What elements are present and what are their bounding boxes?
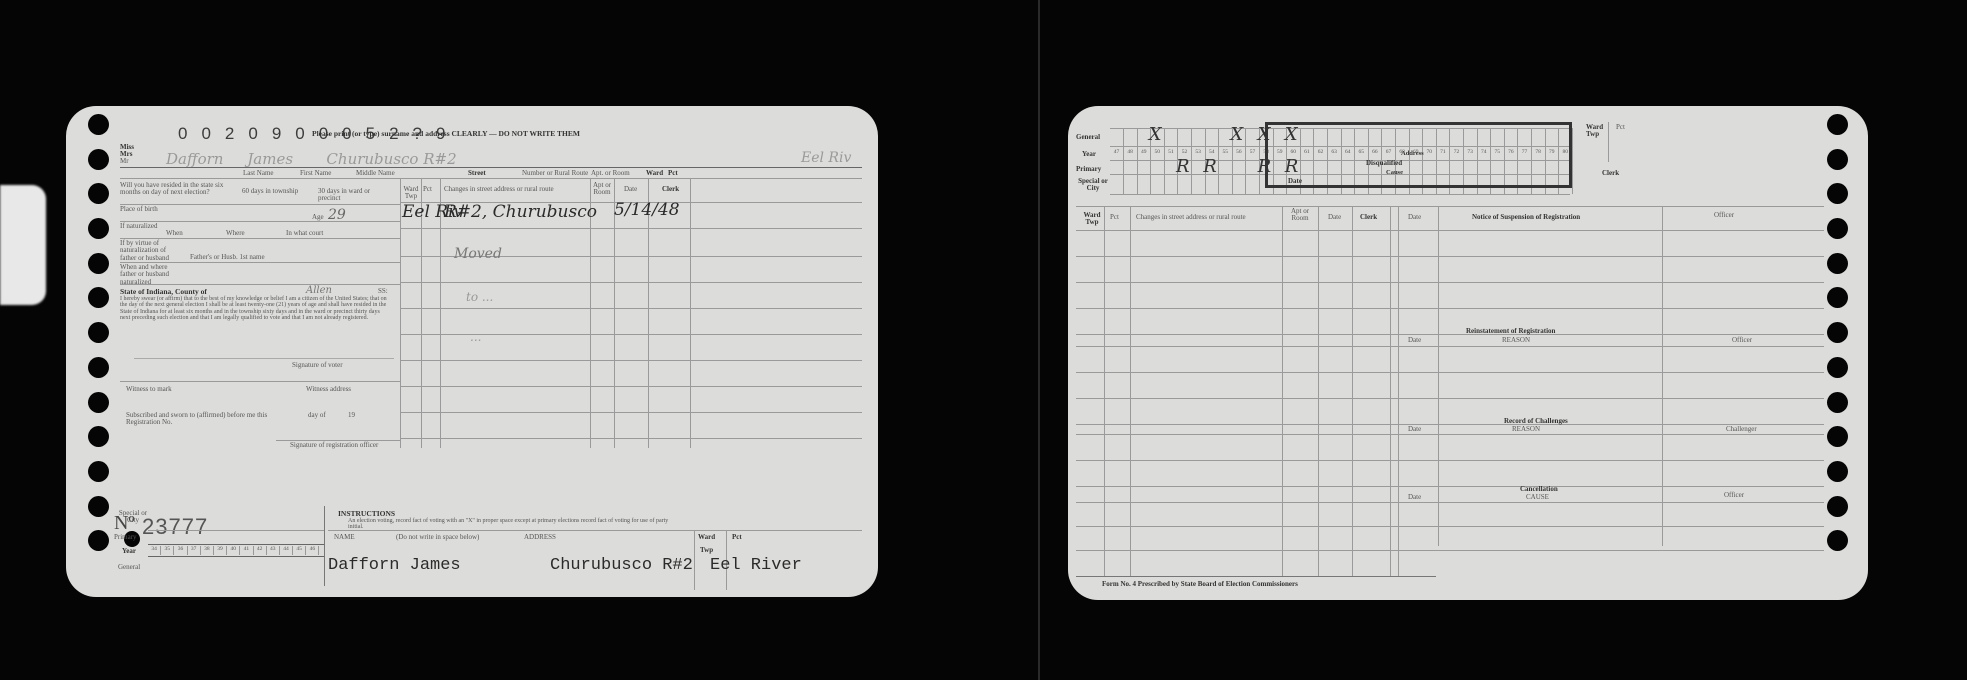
cancellation-col-cause: CAUSE (1526, 494, 1549, 501)
punch-hole (88, 496, 109, 517)
year-cell: 36 (174, 546, 187, 555)
row-primary: Primary (114, 534, 137, 541)
address-sublabel: Address (1401, 151, 1424, 158)
punch-hole (88, 322, 109, 343)
back-col-pct: Pct (1110, 214, 1119, 221)
number-label: Number or Rural Route (522, 170, 588, 177)
county-value: Allen (306, 285, 332, 296)
vote-mark: X (1258, 124, 1271, 145)
pct-label: Pct (668, 170, 678, 177)
year-cell: 40 (227, 546, 240, 555)
punch-hole (1827, 322, 1848, 343)
challenges-col-date: Date (1408, 426, 1421, 433)
residency-question: Will you have resided in the state six m… (120, 182, 232, 197)
witness-address-label: Witness address (306, 386, 351, 393)
suspension-col-date: Date (1408, 214, 1421, 221)
name-label: NAME (334, 534, 355, 541)
date-sublabel: Date (1288, 178, 1302, 185)
punch-hole (1827, 287, 1848, 308)
back-clerk-label: Clerk (1602, 170, 1619, 177)
place-of-birth-label: Place of birth (120, 206, 160, 213)
bottom-ward-label: Ward (698, 534, 715, 541)
court-label: In what court (286, 230, 323, 237)
year-cell: 37 (188, 546, 201, 555)
reinstatement-col-officer: Officer (1732, 337, 1752, 344)
street-label: Street (468, 170, 486, 177)
year-cell: 46 (306, 546, 319, 555)
when-where-label: When and where father or husband natural… (120, 264, 184, 286)
handwritten-surname: Dafforn James Churubusco R#2 (166, 150, 457, 168)
note-line-3: ... (470, 330, 481, 344)
year-cell: 41 (240, 546, 253, 555)
oath-text: I hereby swear (or affirm) that to the b… (120, 296, 390, 321)
vote-mark: R (1258, 156, 1272, 177)
page-divider (1038, 0, 1040, 680)
registration-card-front: 0020900052?9 Please print (or type) surn… (66, 106, 878, 597)
reinstatement-col-date: Date (1408, 337, 1421, 344)
instructions-text: An election voting, record fact of votin… (348, 518, 678, 531)
punch-hole (88, 426, 109, 447)
back-col-clerk: Clerk (1360, 214, 1377, 221)
punch-hole (1827, 357, 1848, 378)
note-line-2: to ... (466, 290, 493, 304)
adjacent-card-edge (0, 185, 46, 305)
punch-hole (88, 287, 109, 308)
first-name-label: First Name (300, 170, 331, 177)
col-apt: Apt or Room (592, 182, 612, 197)
form-footer: Form No. 4 Prescribed by State Board of … (1102, 581, 1298, 588)
punch-hole (1827, 496, 1848, 517)
cancellation-col-date: Date (1408, 494, 1421, 501)
col-changes: Changes in street address or rural route (444, 186, 554, 193)
year-cell: 34 (148, 546, 161, 555)
apt-label: Apt. or Room (591, 170, 630, 177)
punch-hole (1827, 218, 1848, 239)
reinstatement-heading: Reinstatement of Registration (1466, 328, 1555, 335)
punch-hole (88, 530, 109, 551)
change-entry-date: 5/14/48 (614, 200, 680, 220)
last-name-label: Last Name (243, 170, 274, 177)
father-name-label: Father's or Husb. 1st name (190, 254, 265, 261)
back-ward-twp-label: Ward Twp (1586, 124, 1606, 139)
year-cell: 44 (280, 546, 293, 555)
punch-holes-right (1827, 114, 1848, 551)
suspension-col-officer: Officer (1714, 212, 1734, 219)
year-cell: 43 (267, 546, 280, 555)
ward-days-label: 30 days in ward or precinct (318, 188, 388, 203)
back-col-changes: Changes in street address or rural route (1136, 214, 1246, 221)
year-cell: 35 (161, 546, 174, 555)
registration-no-label: Registration No. (126, 419, 172, 426)
change-entry-address: R#2, Churubusco (444, 202, 597, 222)
back-col-apt: Apt or Room (1284, 208, 1316, 223)
cause-label: Cause (1386, 170, 1403, 177)
punch-hole (1827, 461, 1848, 482)
reinstatement-col-reason: REASON (1502, 337, 1530, 344)
punch-hole (88, 357, 109, 378)
naturalized-label: If naturalized (120, 223, 160, 230)
punch-hole (1827, 149, 1848, 170)
note-moved: Moved (454, 246, 502, 262)
witness-label: Witness to mark (126, 386, 172, 393)
when-label: When (166, 230, 183, 237)
where-label: Where (226, 230, 245, 237)
vote-mark: X (1230, 124, 1243, 145)
punch-hole (88, 183, 109, 204)
col-date: Date (624, 186, 637, 193)
back-col-ward-twp: Ward Twp (1080, 212, 1104, 227)
front-year-row: 34353637383940414243444546 (148, 546, 319, 555)
suspension-heading: Notice of Suspension of Registration (1472, 214, 1580, 221)
row-special-city: Special or City (118, 510, 148, 525)
vote-mark: R (1176, 156, 1190, 177)
signature-of-voter-label: Signature of voter (292, 362, 343, 369)
col-ward-twp: Ward Twp (402, 186, 420, 201)
oath-ss: SS: (378, 288, 388, 295)
typed-name: Dafforn James (328, 556, 461, 575)
year-cell: 45 (293, 546, 306, 555)
row-general: General (118, 564, 140, 571)
challenges-col-reason: REASON (1512, 426, 1540, 433)
punch-hole (88, 461, 109, 482)
vote-mark: X (1149, 124, 1162, 145)
address-label: ADDRESS (524, 534, 556, 541)
year-cell: 38 (201, 546, 214, 555)
bottom-pct-label: Pct (732, 534, 742, 541)
punch-hole (1827, 426, 1848, 447)
punch-hole (1827, 530, 1848, 551)
punch-hole (1827, 392, 1848, 413)
col-pct: Pct (423, 186, 432, 193)
do-not-write-label: (Do not write in space below) (396, 534, 479, 541)
challenges-col-challenger: Challenger (1726, 426, 1757, 433)
cancellation-col-officer: Officer (1724, 492, 1744, 499)
handwritten-ward: Eel Riv (801, 150, 851, 166)
punch-hole (88, 253, 109, 274)
punch-hole (88, 114, 109, 135)
bottom-twp-label: Twp (700, 547, 713, 554)
year-prefix-label: 19 (348, 412, 355, 419)
township-label: 60 days in township (242, 188, 302, 195)
punch-hole (88, 149, 109, 170)
year-cell: 39 (214, 546, 227, 555)
back-row-special: Special or City (1078, 178, 1108, 193)
back-pct-label: Pct (1616, 124, 1625, 131)
virtue-label: If by virtue of naturalization of father… (120, 240, 182, 262)
back-row-general: General (1076, 134, 1100, 141)
punch-hole (88, 218, 109, 239)
back-row-primary: Primary (1076, 166, 1101, 173)
title-mr: Mr (120, 158, 129, 165)
ward-label: Ward (646, 170, 663, 177)
row-year: Year (122, 548, 136, 555)
registration-officer-label: Signature of registration officer (290, 442, 378, 449)
back-row-year: Year (1082, 151, 1096, 158)
punch-holes-left (88, 114, 109, 551)
typed-ward: Eel River (710, 556, 802, 575)
disqualified-label: Disqualified (1366, 160, 1402, 167)
punch-hole (1827, 183, 1848, 204)
col-clerk: Clerk (662, 186, 679, 193)
punch-hole (1827, 114, 1848, 135)
middle-name-label: Middle Name (356, 170, 395, 177)
registration-number: 23777 (142, 514, 208, 540)
vote-mark: R (1285, 156, 1299, 177)
punch-hole (88, 392, 109, 413)
day-of-label: day of (308, 412, 326, 419)
instructions-heading: INSTRUCTIONS (338, 510, 395, 518)
oath-heading: State of Indiana, County of (120, 288, 207, 296)
punch-hole (1827, 253, 1848, 274)
typed-address: Churubusco R#2 (550, 556, 693, 575)
vote-mark: X (1285, 124, 1298, 145)
back-col-date: Date (1328, 214, 1341, 221)
vote-mark: R (1203, 156, 1217, 177)
header-instruction: Please print (or type) surname and addre… (312, 130, 580, 138)
year-cell: 42 (254, 546, 267, 555)
registration-card-back: General Year Primary Special or City 474… (1068, 106, 1868, 600)
